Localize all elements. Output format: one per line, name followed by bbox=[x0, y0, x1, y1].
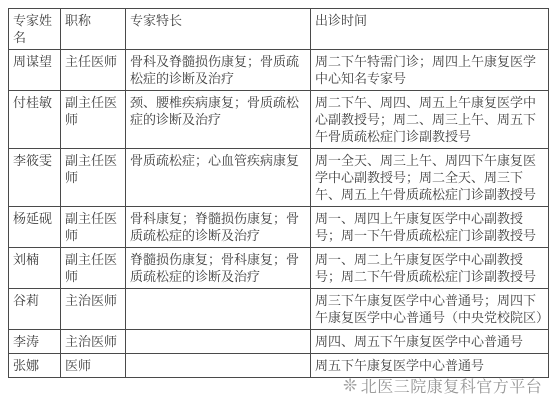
title-cell: 副主任医师 bbox=[61, 149, 126, 207]
schedule-page: 专家姓名 职称 专家特长 出诊时间 周谋望 主任医师 骨科及脊髓损伤康复；骨质疏… bbox=[0, 0, 558, 418]
schedule-cell: 周五下午康复医学中心普通号 bbox=[311, 354, 549, 378]
doctor-schedule-table: 专家姓名 职称 专家特长 出诊时间 周谋望 主任医师 骨科及脊髓损伤康复；骨质疏… bbox=[8, 8, 549, 378]
table-header-row: 专家姓名 职称 专家特长 出诊时间 bbox=[9, 9, 549, 50]
specialty-cell: 脊髓损伤康复；骨科康复；骨质疏松症的诊断及治疗 bbox=[126, 248, 311, 289]
title-cell: 副主任医师 bbox=[61, 91, 126, 149]
platform-logo-icon: ❊ bbox=[343, 377, 358, 394]
doctor-name-cell: 谷莉 bbox=[9, 289, 61, 330]
specialty-cell: 骨科康复；脊髓损伤康复；骨质疏松症的诊断及治疗 bbox=[126, 207, 311, 248]
doctor-name-cell: 杨延砚 bbox=[9, 207, 61, 248]
schedule-cell: 周一全天、周三上午、周四下午康复医学中心副教授号；周二全天、周三下午、周五上午骨… bbox=[311, 149, 549, 207]
table-row: 谷莉 主治医师 周三下午康复医学中心普通号；周四下午康复医学中心普通号（中央党校… bbox=[9, 289, 549, 330]
specialty-cell: 骨质疏松症；心血管疾病康复 bbox=[126, 149, 311, 207]
schedule-cell: 周四、周五下午康复医学中心普通号 bbox=[311, 330, 549, 354]
title-cell: 副主任医师 bbox=[61, 248, 126, 289]
doctor-name-cell: 李涛 bbox=[9, 330, 61, 354]
specialty-cell: 骨科及脊髓损伤康复；骨质疏松症的诊断及治疗 bbox=[126, 50, 311, 91]
specialty-cell bbox=[126, 330, 311, 354]
doctor-name-cell: 李筱雯 bbox=[9, 149, 61, 207]
specialty-cell: 颈、腰椎疾病康复；骨质疏松症的诊断及治疗 bbox=[126, 91, 311, 149]
schedule-cell: 周一、周二上午康复医学中心副教授号；周二下午骨质疏松症门诊副教授号 bbox=[311, 248, 549, 289]
title-cell: 主治医师 bbox=[61, 289, 126, 330]
table-row: 李涛 主治医师 周四、周五下午康复医学中心普通号 bbox=[9, 330, 549, 354]
doctor-name-cell: 张娜 bbox=[9, 354, 61, 378]
table-row: 刘楠 副主任医师 脊髓损伤康复；骨科康复；骨质疏松症的诊断及治疗 周一、周二上午… bbox=[9, 248, 549, 289]
header-schedule: 出诊时间 bbox=[311, 9, 549, 50]
header-specialty: 专家特长 bbox=[126, 9, 311, 50]
schedule-cell: 周一、周四上午康复医学中心副教授号；周一下午骨质疏松症门诊副教授号 bbox=[311, 207, 549, 248]
schedule-cell: 周二下午特需门诊；周四上午康复医学中心知名专家号 bbox=[311, 50, 549, 91]
table-row: 付桂敏 副主任医师 颈、腰椎疾病康复；骨质疏松症的诊断及治疗 周二下午、周四、周… bbox=[9, 91, 549, 149]
specialty-cell bbox=[126, 354, 311, 378]
table-row: 张娜 医师 周五下午康复医学中心普通号 bbox=[9, 354, 549, 378]
table-row: 李筱雯 副主任医师 骨质疏松症；心血管疾病康复 周一全天、周三上午、周四下午康复… bbox=[9, 149, 549, 207]
title-cell: 主治医师 bbox=[61, 330, 126, 354]
schedule-cell: 周三下午康复医学中心普通号；周四下午康复医学中心普通号（中央党校院区） bbox=[311, 289, 549, 330]
doctor-name-cell: 付桂敏 bbox=[9, 91, 61, 149]
title-cell: 主任医师 bbox=[61, 50, 126, 91]
header-title: 职称 bbox=[61, 9, 126, 50]
doctor-name-cell: 刘楠 bbox=[9, 248, 61, 289]
specialty-cell bbox=[126, 289, 311, 330]
title-cell: 副主任医师 bbox=[61, 207, 126, 248]
doctor-name-cell: 周谋望 bbox=[9, 50, 61, 91]
table-row: 杨延砚 副主任医师 骨科康复；脊髓损伤康复；骨质疏松症的诊断及治疗 周一、周四上… bbox=[9, 207, 549, 248]
schedule-cell: 周二下午、周四、周五上午康复医学中心副教授号；周二、周三上午、周五下午骨质疏松症… bbox=[311, 91, 549, 149]
title-cell: 医师 bbox=[61, 354, 126, 378]
table-row: 周谋望 主任医师 骨科及脊髓损伤康复；骨质疏松症的诊断及治疗 周二下午特需门诊；… bbox=[9, 50, 549, 91]
header-doctor-name: 专家姓名 bbox=[9, 9, 61, 50]
